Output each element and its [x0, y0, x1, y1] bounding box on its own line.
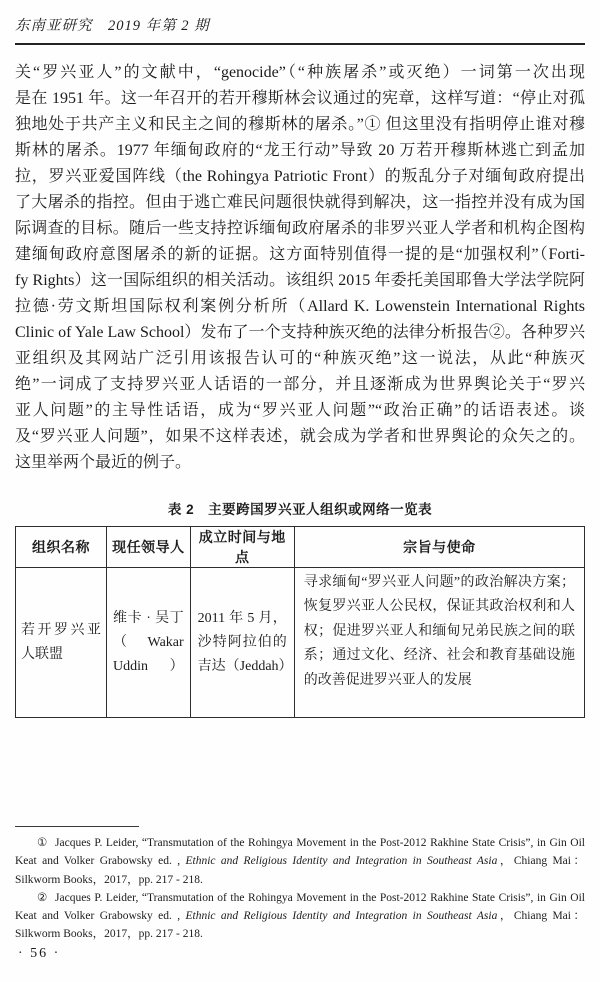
body-line: 及“罗兴亚人问题”，如果不这样表述，就会成为学者和世界舆论的众矢之的。 [15, 424, 585, 450]
article-body: 关“罗兴亚人”的文献中，“genocide”（“种族屠杀”或灭绝）一词第一次出现… [15, 60, 585, 476]
body-line: 绝”一词成了支持罗兴亚人话语的一部分，并且逐渐成为世界舆论关于“罗兴 [15, 372, 585, 398]
footnote-1-book-title: Ethnic and Religious Identity and Integr… [186, 855, 498, 867]
journal-running-head: 东南亚研究 2019 年第 2 期 [15, 0, 585, 36]
table-header-row: 组织名称 现任领导人 成立时间与地点 宗旨与使命 [16, 527, 585, 568]
body-line: 是在 1951 年。这一年召开的若开穆斯林会议通过的宪章，这样写道：“停止对孤 [15, 86, 585, 112]
column-header-founded: 成立时间与地点 [190, 527, 294, 568]
table-caption: 表 2 主要跨国罗兴亚人组织或网络一览表 [15, 500, 585, 520]
footnote-1-marker: ① [37, 837, 48, 849]
organizations-table: 组织名称 现任领导人 成立时间与地点 宗旨与使命 若开罗兴亚人联盟 维卡 · 吴… [15, 526, 585, 718]
footnote-2-book-title: Ethnic and Religious Identity and Integr… [186, 910, 498, 922]
header-rule [15, 43, 585, 45]
journal-page: 东南亚研究 2019 年第 2 期 关“罗兴亚人”的文献中，“genocide”… [0, 0, 600, 982]
cell-leader: 维卡 · 吴丁 （Wakar Uddin） [107, 568, 191, 718]
body-line: fy Rights）这一国际组织的相关活动。该组织 2015 年委托美国耶鲁大学… [15, 268, 585, 294]
body-line: 斯林的屠杀。1977 年缅甸政府的“龙王行动”导致 20 万若开穆斯林逃亡到孟加 [15, 138, 585, 164]
body-line: 建缅甸政府意图屠杀的新的证据。这方面特别值得一提的是“加强权利”（Forti- [15, 242, 585, 268]
body-line: 拉，罗兴亚爱国阵线（the Rohingya Patriotic Front）的… [15, 164, 585, 190]
body-line: 关“罗兴亚人”的文献中，“genocide”（“种族屠杀”或灭绝）一词第一次出现 [15, 60, 585, 86]
column-header-org-name: 组织名称 [16, 527, 107, 568]
body-line: 亚组织及其网站广泛引用该报告认可的“种族灭绝”这一说法，从此“种族灭 [15, 346, 585, 372]
cell-mission: 寻求缅甸“罗兴亚人问题”的政治解决方案；恢复罗兴亚人公民权，保证其政治权利和人权… [294, 568, 584, 718]
body-line: 这里举两个最近的例子。 [15, 450, 585, 476]
body-line: 亚人问题”的主导性话语，成为“罗兴亚人问题”“政治正确”的话语表述。谈 [15, 398, 585, 424]
body-line: 际调查的目标。随后一些支持控诉缅甸政府屠杀的非罗兴亚人学者和机构企图构 [15, 216, 585, 242]
footnote-divider [15, 826, 139, 827]
cell-org-name: 若开罗兴亚人联盟 [16, 568, 107, 718]
footnote-2: ②Jacques P. Leider, “Transmutation of th… [15, 889, 585, 944]
footnotes-section: ①Jacques P. Leider, “Transmutation of th… [15, 834, 585, 944]
body-line: Clinic of Yale Law School）发布了一个支持种族灭绝的法律… [15, 320, 585, 346]
body-line: 了大屠杀的指控。但由于逃亡难民问题很快就得到解决，这一指控并没有成为国 [15, 190, 585, 216]
page-number: · 56 · [18, 946, 60, 962]
column-header-leader: 现任领导人 [107, 527, 191, 568]
table-row: 若开罗兴亚人联盟 维卡 · 吴丁 （Wakar Uddin） 2011 年 5 … [16, 568, 585, 718]
footnote-2-marker: ② [37, 892, 48, 904]
body-line: 拉德·劳文斯坦国际权利案例分析所（Allard K. Lowenstein In… [15, 294, 585, 320]
footnote-1: ①Jacques P. Leider, “Transmutation of th… [15, 834, 585, 889]
cell-founded: 2011 年 5 月，沙特阿拉伯的吉达（Jeddah） [190, 568, 294, 718]
column-header-mission: 宗旨与使命 [294, 527, 584, 568]
body-line: 独地处于共产主义和民主之间的穆斯林的屠杀。”① 但这里没有指明停止谁对穆 [15, 112, 585, 138]
